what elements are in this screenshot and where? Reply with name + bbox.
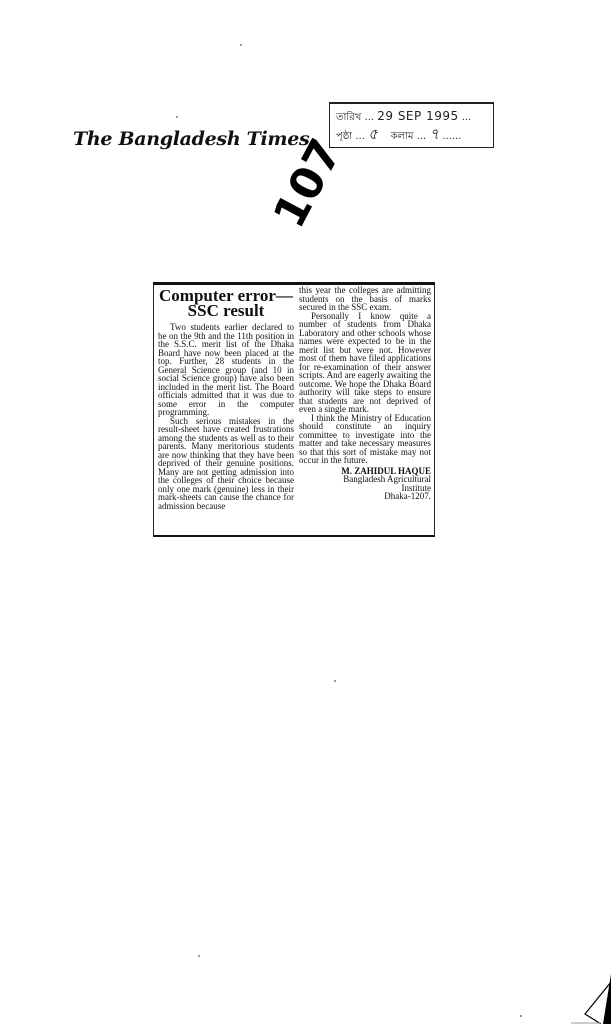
scan-speck xyxy=(334,680,336,682)
stamp-column-trail: ...... xyxy=(442,131,461,142)
article-right-column: this year the colleges are admitting stu… xyxy=(299,286,431,501)
article-paragraph: Personally I know quite a number of stud… xyxy=(299,312,431,414)
stamp-page-label: পৃষ্ঠা ... xyxy=(336,131,365,142)
stamp-date-label: তারিখ ... xyxy=(336,112,374,123)
article-paragraph: this year the colleges are admitting stu… xyxy=(299,286,431,312)
letter-clipping: Computer error— SSC result Two students … xyxy=(153,282,435,537)
scan-speck xyxy=(176,116,178,118)
author-city: Dhaka-1207. xyxy=(299,492,431,501)
stamp-page-row: পৃষ্ঠা ... ৫ কলাম ... ৭ ...... xyxy=(336,125,487,143)
scan-speck xyxy=(240,44,242,46)
archive-date-stamp: তারিখ ... 29 SEP 1995 ... পৃষ্ঠা ... ৫ ক… xyxy=(329,102,494,148)
stamp-date-row: তারিখ ... 29 SEP 1995 ... xyxy=(336,107,487,125)
newspaper-masthead: The Bangladesh Times xyxy=(73,128,309,150)
stamp-date-value: 29 SEP 1995 xyxy=(377,109,458,123)
article-left-column: Computer error— SSC result Two students … xyxy=(158,286,294,510)
scan-speck xyxy=(198,955,200,957)
stamp-column-value: ৭ xyxy=(429,125,439,143)
article-headline: Computer error— SSC result xyxy=(158,288,294,318)
stamp-page-value: ৫ xyxy=(368,125,378,143)
article-paragraph: I think the Ministry of Education should… xyxy=(299,414,431,465)
scan-speck xyxy=(520,1015,522,1017)
headline-line-2: SSC result xyxy=(158,303,294,318)
page-curl-icon xyxy=(571,974,611,1024)
stamp-column-label: কলাম ... xyxy=(391,131,427,142)
article-paragraph: Such serious mistakes in the result-shee… xyxy=(158,417,294,511)
article-paragraph: Two students earlier declared to be on t… xyxy=(158,323,294,417)
author-signature: M. ZAHIDUL HAQUE Bangladesh Agricultural… xyxy=(299,467,431,501)
stamp-date-trail: ... xyxy=(462,112,472,123)
